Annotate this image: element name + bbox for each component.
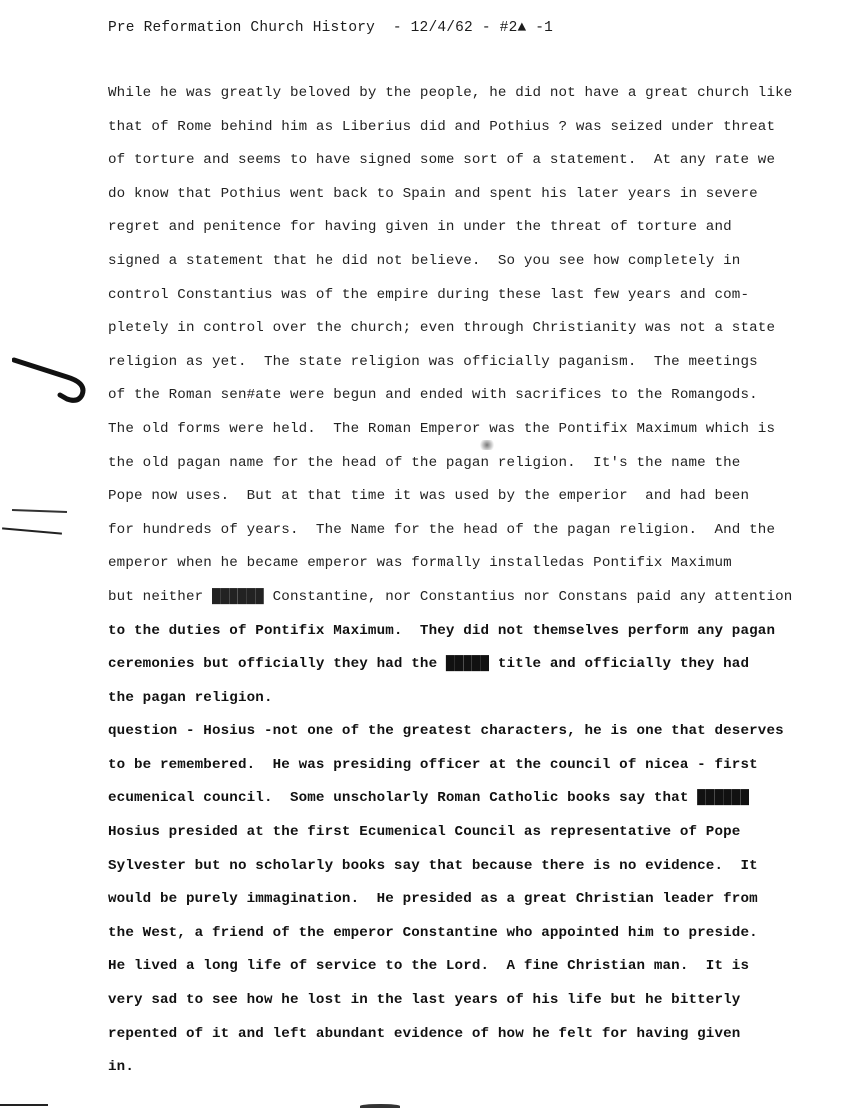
text-line: control Constantius was of the empire du… (108, 284, 808, 318)
text-line: pletely in control over the church; even… (108, 317, 808, 351)
document-page: Pre Reformation Church History - 12/4/62… (0, 0, 849, 1108)
bottom-edge-mark (0, 1104, 48, 1106)
text-line: ecumenical council. Some unscholarly Rom… (108, 787, 808, 821)
text-line: that of Rome behind him as Liberius did … (108, 116, 808, 150)
text-line: question - Hosius -not one of the greate… (108, 720, 808, 754)
text-line: to be remembered. He was presiding offic… (108, 754, 808, 788)
text-line: Hosius presided at the first Ecumenical … (108, 821, 808, 855)
body-text: While he was greatly beloved by the peop… (108, 82, 808, 1090)
text-line: of torture and seems to have signed some… (108, 149, 808, 183)
text-line: to the duties of Pontifix Maximum. They … (108, 620, 808, 654)
text-line: While he was greatly beloved by the peop… (108, 82, 808, 116)
text-line: regret and penitence for having given in… (108, 216, 808, 250)
text-line: the pagan religion. (108, 687, 808, 721)
text-line: Sylvester but no scholarly books say tha… (108, 855, 808, 889)
text-line: in. (108, 1056, 808, 1090)
bottom-edge-smudge (360, 1104, 400, 1108)
text-line: The old forms were held. The Roman Emper… (108, 418, 808, 452)
text-line: ceremonies but officially they had the █… (108, 653, 808, 687)
text-line: the old pagan name for the head of the p… (108, 452, 808, 486)
text-line: would be purely immagination. He preside… (108, 888, 808, 922)
margin-hook-mark-icon (12, 355, 92, 405)
margin-dash-mark (2, 527, 62, 534)
margin-dash-mark (12, 509, 67, 513)
text-line: Pope now uses. But at that time it was u… (108, 485, 808, 519)
text-line: religion as yet. The state religion was … (108, 351, 808, 385)
ink-smudge (478, 440, 496, 450)
text-line: repented of it and left abundant evidenc… (108, 1023, 808, 1057)
text-line: very sad to see how he lost in the last … (108, 989, 808, 1023)
text-line: He lived a long life of service to the L… (108, 955, 808, 989)
text-line: of the Roman sen#ate were begun and ende… (108, 384, 808, 418)
page-header: Pre Reformation Church History - 12/4/62… (108, 20, 553, 36)
text-line: emperor when he became emperor was forma… (108, 552, 808, 586)
text-line: the West, a friend of the emperor Consta… (108, 922, 808, 956)
text-line: for hundreds of years. The Name for the … (108, 519, 808, 553)
text-line: signed a statement that he did not belie… (108, 250, 808, 284)
text-line: do know that Pothius went back to Spain … (108, 183, 808, 217)
text-line: but neither ██████ Constantine, nor Cons… (108, 586, 808, 620)
